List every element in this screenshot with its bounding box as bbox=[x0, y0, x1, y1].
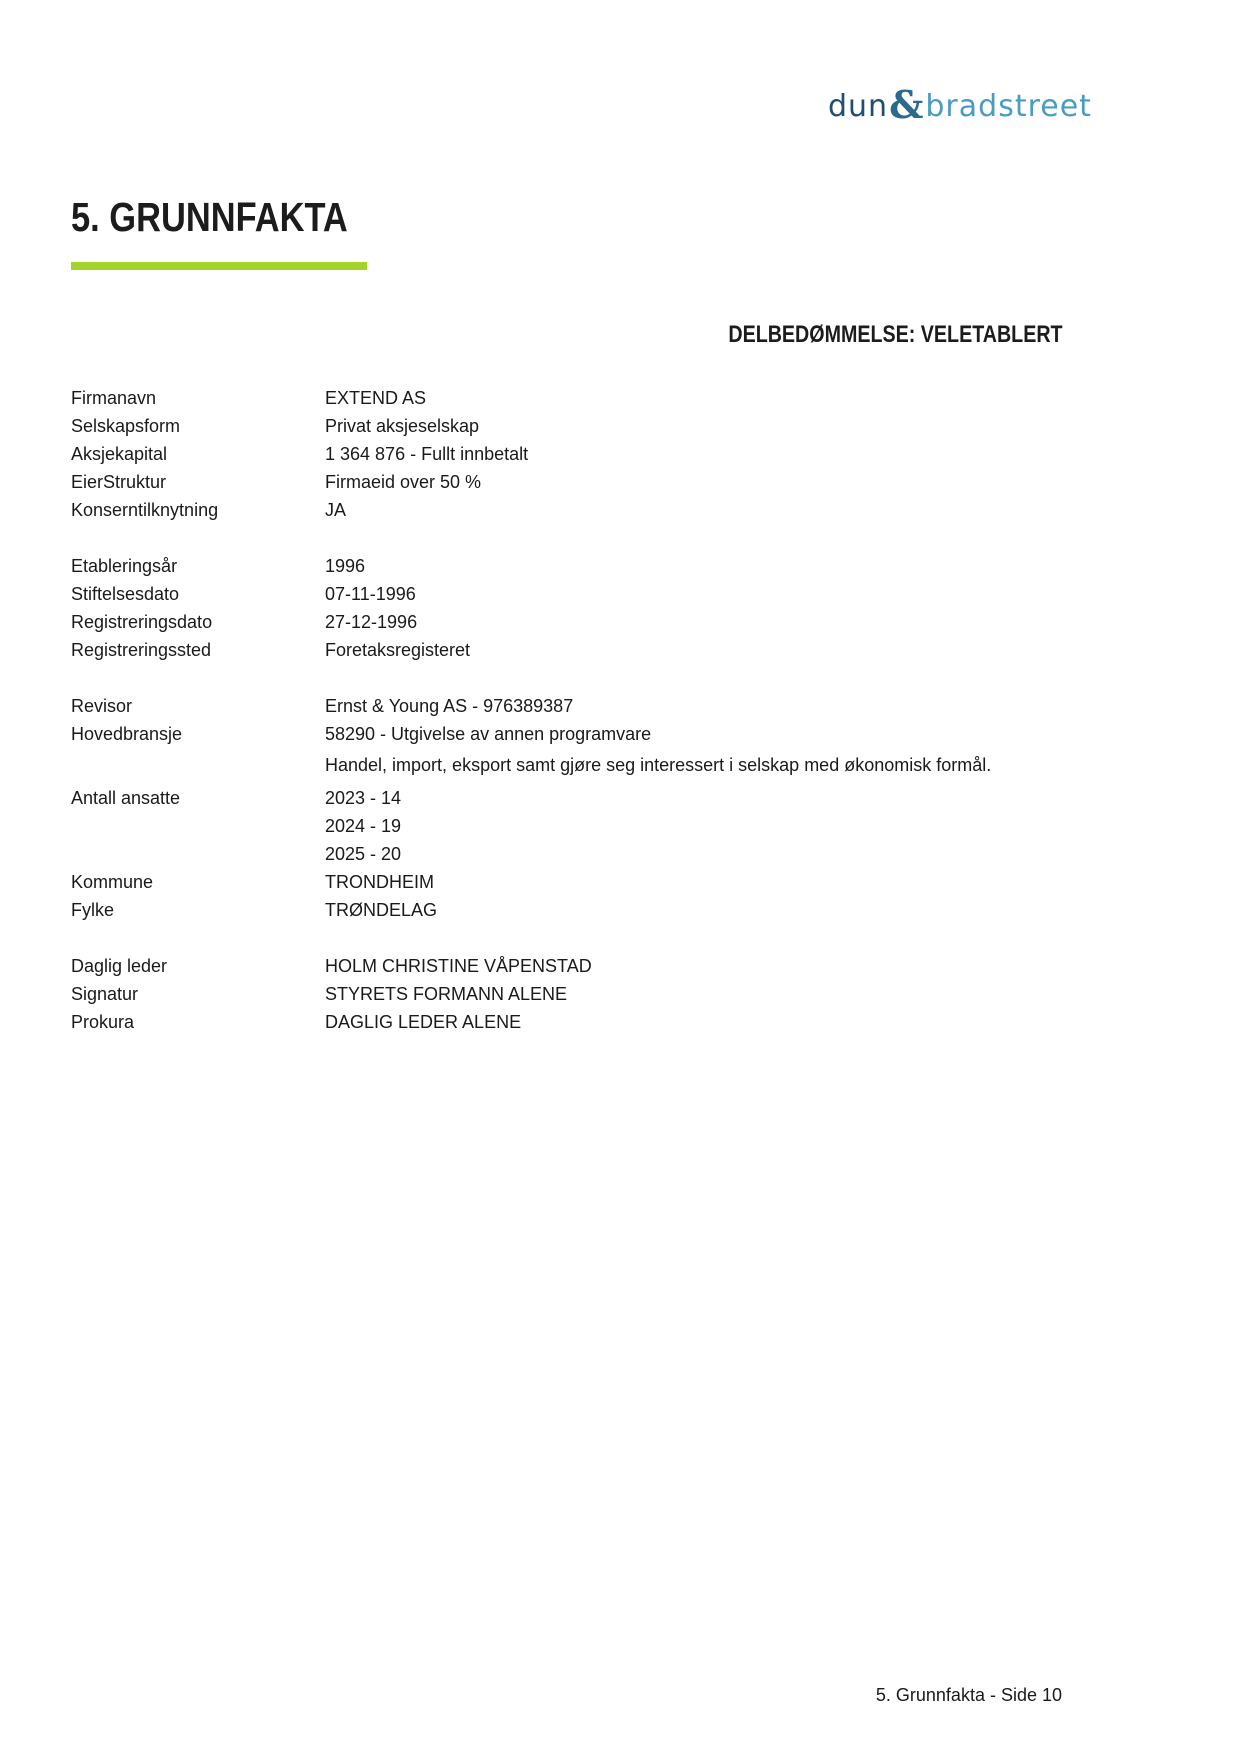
fact-value: 58290 - Utgivelse av annen programvare bbox=[325, 720, 651, 748]
title-underline bbox=[71, 262, 367, 270]
fact-row: 2025 - 20 bbox=[71, 840, 1071, 868]
fact-label: Antall ansatte bbox=[71, 784, 325, 812]
fact-value: 27-12-1996 bbox=[325, 608, 417, 636]
fact-row: Stiftelsesdato 07-11-1996 bbox=[71, 580, 1071, 608]
fact-label: Selskapsform bbox=[71, 412, 325, 440]
fact-value: TRONDHEIM bbox=[325, 868, 434, 896]
fact-row: Hovedbransje 58290 - Utgivelse av annen … bbox=[71, 720, 1071, 748]
fact-value: TRØNDELAG bbox=[325, 896, 437, 924]
fact-row: Registreringssted Foretaksregisteret bbox=[71, 636, 1071, 664]
fact-label: Prokura bbox=[71, 1008, 325, 1036]
facts-group-management: Daglig leder HOLM CHRISTINE VÅPENSTAD Si… bbox=[71, 952, 1071, 1036]
fact-label: Revisor bbox=[71, 692, 325, 720]
fact-value: Handel, import, eksport samt gjøre seg i… bbox=[325, 751, 991, 779]
rating-heading: DELBEDØMMELSE: VELETABLERT bbox=[729, 320, 1063, 350]
fact-label: Fylke bbox=[71, 896, 325, 924]
fact-label: Aksjekapital bbox=[71, 440, 325, 468]
fact-row: Signatur STYRETS FORMANN ALENE bbox=[71, 980, 1071, 1008]
fact-row-description: Handel, import, eksport samt gjøre seg i… bbox=[71, 748, 1071, 784]
fact-row: Registreringsdato 27-12-1996 bbox=[71, 608, 1071, 636]
fact-label: Firmanavn bbox=[71, 384, 325, 412]
fact-row: Fylke TRØNDELAG bbox=[71, 896, 1071, 924]
fact-value: Ernst & Young AS - 976389387 bbox=[325, 692, 573, 720]
fact-value: 07-11-1996 bbox=[325, 580, 416, 608]
facts-group-company: Firmanavn EXTEND AS Selskapsform Privat … bbox=[71, 384, 1071, 524]
fact-label: Hovedbransje bbox=[71, 720, 325, 748]
fact-row: Daglig leder HOLM CHRISTINE VÅPENSTAD bbox=[71, 952, 1071, 980]
fact-value: DAGLIG LEDER ALENE bbox=[325, 1008, 521, 1036]
dun-bradstreet-logo: dun & bradstreet bbox=[828, 80, 1092, 120]
fact-value: 2025 - 20 bbox=[325, 840, 401, 868]
logo-text-bradstreet: bradstreet bbox=[925, 89, 1092, 124]
fact-label: Registreringssted bbox=[71, 636, 325, 664]
fact-label: Stiftelsesdato bbox=[71, 580, 325, 608]
fact-label: EierStruktur bbox=[71, 468, 325, 496]
fact-row: Prokura DAGLIG LEDER ALENE bbox=[71, 1008, 1071, 1036]
page-footer: 5. Grunnfakta - Side 10 bbox=[876, 1684, 1062, 1706]
fact-row: Antall ansatte 2023 - 14 bbox=[71, 784, 1071, 812]
fact-row: Konserntilknytning JA bbox=[71, 496, 1071, 524]
fact-row: Revisor Ernst & Young AS - 976389387 bbox=[71, 692, 1071, 720]
fact-row: Kommune TRONDHEIM bbox=[71, 868, 1071, 896]
fact-label: Registreringsdato bbox=[71, 608, 325, 636]
fact-row: Firmanavn EXTEND AS bbox=[71, 384, 1071, 412]
fact-row: Etableringsår 1996 bbox=[71, 552, 1071, 580]
fact-row: EierStruktur Firmaeid over 50 % bbox=[71, 468, 1071, 496]
facts-group-registration: Etableringsår 1996 Stiftelsesdato 07-11-… bbox=[71, 552, 1071, 664]
fact-value: STYRETS FORMANN ALENE bbox=[325, 980, 567, 1008]
fact-value: 1 364 876 - Fullt innbetalt bbox=[325, 440, 528, 468]
fact-row: Aksjekapital 1 364 876 - Fullt innbetalt bbox=[71, 440, 1071, 468]
fact-row: 2024 - 19 bbox=[71, 812, 1071, 840]
fact-value: Privat aksjeselskap bbox=[325, 412, 479, 440]
fact-label: Daglig leder bbox=[71, 952, 325, 980]
fact-label: Etableringsår bbox=[71, 552, 325, 580]
logo-ampersand-icon: & bbox=[889, 82, 924, 127]
fact-row: Selskapsform Privat aksjeselskap bbox=[71, 412, 1071, 440]
fact-value: EXTEND AS bbox=[325, 384, 426, 412]
facts-group-business: Revisor Ernst & Young AS - 976389387 Hov… bbox=[71, 692, 1071, 924]
logo-text-dun: dun bbox=[828, 89, 888, 124]
fact-value: 1996 bbox=[325, 552, 365, 580]
fact-value: Foretaksregisteret bbox=[325, 636, 470, 664]
fact-label: Kommune bbox=[71, 868, 325, 896]
fact-value: Firmaeid over 50 % bbox=[325, 468, 481, 496]
fact-value: JA bbox=[325, 496, 346, 524]
fact-value: 2023 - 14 bbox=[325, 784, 401, 812]
fact-label: Signatur bbox=[71, 980, 325, 1008]
fact-value: 2024 - 19 bbox=[325, 812, 401, 840]
fact-label: Konserntilknytning bbox=[71, 496, 325, 524]
page-title: 5. GRUNNFAKTA bbox=[71, 193, 348, 241]
facts-table: Firmanavn EXTEND AS Selskapsform Privat … bbox=[71, 384, 1071, 1064]
fact-value: HOLM CHRISTINE VÅPENSTAD bbox=[325, 952, 592, 980]
